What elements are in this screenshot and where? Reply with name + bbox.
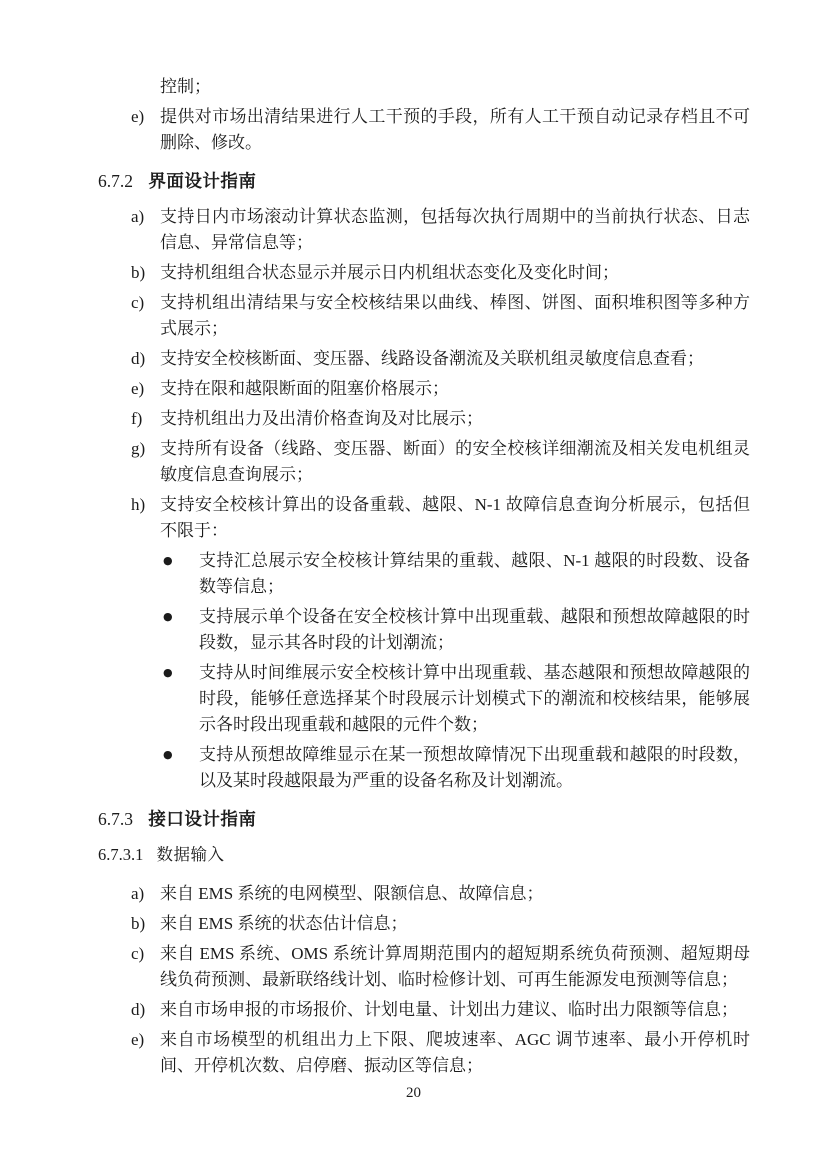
list-item: g) 支持所有设备（线路、变压器、断面）的安全校核详细潮流及相关发电机组灵敏度信… — [98, 436, 750, 488]
list-marker: b) — [131, 911, 160, 937]
section-heading: 6.7.2 界面设计指南 — [98, 168, 750, 194]
list-item-text: 支持日内市场滚动计算状态监测，包括每次执行周期中的当前执行状态、日志信息、异常信… — [160, 204, 750, 256]
list-marker: c) — [131, 290, 160, 342]
list-item-text: 支持在限和越限断面的阻塞价格展示； — [160, 376, 750, 402]
section-title: 界面设计指南 — [148, 171, 256, 191]
section-number: 6.7.2 — [98, 171, 133, 191]
list-item-text: 支持机组组合状态显示并展示日内机组状态变化及变化时间； — [160, 260, 750, 286]
list-item: b) 来自 EMS 系统的状态估计信息； — [98, 911, 750, 937]
list-item: c) 支持机组出清结果与安全校核结果以曲线、棒图、饼图、面积堆积图等多种方式展示… — [98, 290, 750, 342]
list-marker: b) — [131, 260, 160, 286]
bullet-text: 支持汇总展示安全校核计算结果的重载、越限、N-1 越限的时段数、设备数等信息； — [199, 548, 750, 600]
list-item-text: 支持机组出清结果与安全校核结果以曲线、棒图、饼图、面积堆积图等多种方式展示； — [160, 290, 750, 342]
list-item: d) 支持安全校核断面、变压器、线路设备潮流及关联机组灵敏度信息查看； — [98, 346, 750, 372]
list-item-text: 支持安全校核断面、变压器、线路设备潮流及关联机组灵敏度信息查看； — [160, 346, 750, 372]
list-item: d) 来自市场申报的市场报价、计划电量、计划出力建议、临时出力限额等信息； — [98, 997, 750, 1023]
list-item-text: 支持安全校核计算出的设备重载、越限、N-1 故障信息查询分析展示，包括但不限于： — [160, 492, 750, 544]
document-page: 控制； e) 提供对市场出清结果进行人工干预的手段，所有人工干预自动记录存档且不… — [0, 0, 827, 1169]
list-item-text: 来自 EMS 系统的电网模型、限额信息、故障信息； — [160, 881, 750, 907]
bullet-item: ● 支持展示单个设备在安全校核计算中出现重载、越限和预想故障越限的时段数，显示其… — [98, 604, 750, 656]
bullet-item: ● 支持汇总展示安全校核计算结果的重载、越限、N-1 越限的时段数、设备数等信息… — [98, 548, 750, 600]
bullet-icon: ● — [163, 660, 199, 738]
list-item: b) 支持机组组合状态显示并展示日内机组状态变化及变化时间； — [98, 260, 750, 286]
list-marker: h) — [131, 492, 160, 544]
subsection-number: 6.7.3.1 — [98, 845, 143, 864]
bullet-item: ● 支持从时间维展示安全校核计算中出现重载、基态越限和预想故障越限的时段，能够任… — [98, 660, 750, 738]
bullet-text: 支持从预想故障维显示在某一预想故障情况下出现重载和越限的时段数，以及某时段越限最… — [199, 742, 750, 794]
list-marker: c) — [131, 941, 160, 993]
list-item: e) 来自市场模型的机组出力上下限、爬坡速率、AGC 调节速率、最小开停机时间、… — [98, 1027, 750, 1079]
subsection-title: 数据输入 — [157, 845, 225, 864]
list-marker: a) — [131, 204, 160, 256]
section-number: 6.7.3 — [98, 809, 133, 829]
list-item: c) 来自 EMS 系统、OMS 系统计算周期范围内的超短期系统负荷预测、超短期… — [98, 941, 750, 993]
bullet-item: ● 支持从预想故障维显示在某一预想故障情况下出现重载和越限的时段数，以及某时段越… — [98, 742, 750, 794]
bullet-icon: ● — [163, 604, 199, 656]
list-item: h) 支持安全校核计算出的设备重载、越限、N-1 故障信息查询分析展示，包括但不… — [98, 492, 750, 544]
list-item: e) 支持在限和越限断面的阻塞价格展示； — [98, 376, 750, 402]
section-title: 接口设计指南 — [148, 809, 256, 829]
list-marker: e) — [131, 1027, 160, 1079]
list-item: f) 支持机组出力及出清价格查询及对比展示； — [98, 406, 750, 432]
list-item-text: 支持机组出力及出清价格查询及对比展示； — [160, 406, 750, 432]
list-marker: a) — [131, 881, 160, 907]
list-item-text: 支持所有设备（线路、变压器、断面）的安全校核详细潮流及相关发电机组灵敏度信息查询… — [160, 436, 750, 488]
list-item: e) 提供对市场出清结果进行人工干预的手段，所有人工干预自动记录存档且不可删除、… — [98, 104, 750, 156]
bullet-icon: ● — [163, 742, 199, 794]
list-item: a) 支持日内市场滚动计算状态监测，包括每次执行周期中的当前执行状态、日志信息、… — [98, 204, 750, 256]
list-marker: g) — [131, 436, 160, 488]
list-marker: e) — [131, 104, 160, 156]
section-heading: 6.7.3 接口设计指南 — [98, 806, 750, 832]
list-marker: d) — [131, 997, 160, 1023]
list-item-text: 来自 EMS 系统的状态估计信息； — [160, 911, 750, 937]
list-item-text: 来自市场模型的机组出力上下限、爬坡速率、AGC 调节速率、最小开停机时间、开停机… — [160, 1027, 750, 1079]
bullet-icon: ● — [163, 548, 199, 600]
subsection-heading: 6.7.3.1 数据输入 — [98, 842, 750, 868]
list-item-text: 来自市场申报的市场报价、计划电量、计划出力建议、临时出力限额等信息； — [160, 997, 750, 1023]
list-marker: f) — [131, 406, 160, 432]
bullet-text: 支持展示单个设备在安全校核计算中出现重载、越限和预想故障越限的时段数，显示其各时… — [199, 604, 750, 656]
list-item: a) 来自 EMS 系统的电网模型、限额信息、故障信息； — [98, 881, 750, 907]
list-marker: d) — [131, 346, 160, 372]
paragraph-continuation: 控制； — [160, 74, 750, 100]
list-item-text: 提供对市场出清结果进行人工干预的手段，所有人工干预自动记录存档且不可删除、修改。 — [160, 104, 750, 156]
list-marker: e) — [131, 376, 160, 402]
bullet-text: 支持从时间维展示安全校核计算中出现重载、基态越限和预想故障越限的时段，能够任意选… — [199, 660, 750, 738]
page-number: 20 — [0, 1080, 827, 1106]
list-item-text: 来自 EMS 系统、OMS 系统计算周期范围内的超短期系统负荷预测、超短期母线负… — [160, 941, 750, 993]
